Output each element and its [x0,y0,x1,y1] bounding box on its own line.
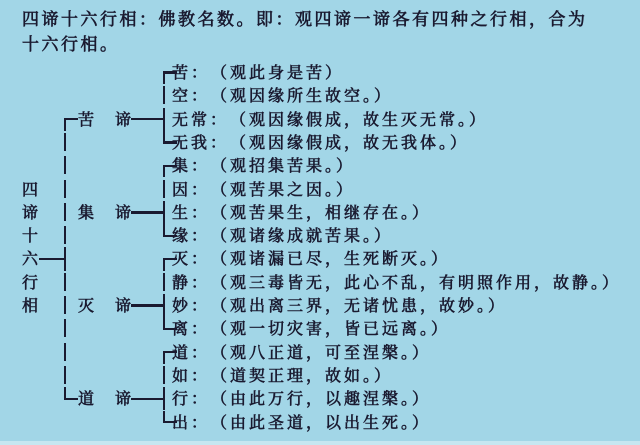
leaf-term: 道 [172,343,191,362]
leaf-tee-line-segment [155,118,165,120]
leaf-note: （观苦果生，相继存在。） [219,203,431,222]
leaf-term: 无常 [172,110,210,129]
tree-row: 谛集谛生：（观苦果生，相继存在。） [0,201,640,224]
leaf-note: （观一切灾害，皆已远离。） [219,319,450,338]
leaf-tee-line [157,108,171,131]
leaf-colon: ： [191,226,210,245]
trunk-vertical-line [58,201,72,224]
trunk-vertical-line [58,294,72,317]
leaf-colon: ： [191,203,210,222]
leaf-colon: ： [191,389,210,408]
trunk-vertical-line-segment [64,296,66,314]
leaf-note: （观苦果之因。） [219,180,355,199]
leaf-corner-top-line [157,61,171,84]
leaf-entry: 无我：（观因缘假成，故无我体。） [172,131,469,154]
tree-row: 道：（观八正道，可至涅槃。） [0,341,640,364]
leaf-term: 妙 [172,296,191,315]
leaf-term: 如 [172,366,191,385]
leaf-tee-line [157,201,171,224]
trunk-vertical-line [58,317,72,340]
branch-leaf-connector-line [131,118,158,120]
leaf-corner-bottom-line [157,411,171,434]
tree-row: 苦：（观此身是苦） [0,61,640,84]
leaf-entry: 灭：（观诸漏已尽，生死断灭。） [172,247,450,270]
trunk-vertical-line [58,224,72,247]
leaf-entry: 因：（观苦果之因。） [172,178,355,201]
tree-row: 六灭：（观诸漏已尽，生死断灭。） [0,247,640,270]
tree-row: 苦谛无常：（观因缘假成，故生灭无常。） [0,108,640,131]
root-label-char: 相 [22,294,42,317]
leaf-term: 静 [172,273,191,292]
leaf-vertical-line-segment [163,180,165,198]
leaf-entry: 集：（观招集苦果。） [172,154,355,177]
leaf-entry: 如：（道契正理，故如。） [172,364,393,387]
leaf-term: 集 [172,156,191,175]
leaf-note: （由此万行，以趣涅槃。） [219,389,431,408]
title-line-1: 四谛十六行相：佛教名数。即：观四谛一谛各有四种之行相，合为 [22,8,622,33]
leaf-note: （道契正理，故如。） [219,366,393,385]
leaf-term: 缘 [172,226,191,245]
leaf-colon: ： [210,110,229,129]
leaf-vertical-line-segment [163,273,165,291]
trunk-vertical-line-segment [64,156,66,174]
leaf-term: 因 [172,180,191,199]
leaf-entry: 道：（观八正道，可至涅槃。） [172,341,431,364]
trunk-tee-line [58,247,72,270]
root-label-char: 谛 [22,201,42,224]
leaf-term: 空 [172,86,191,105]
leaf-entry: 静：（观三毒皆无，此心不乱，有明照作用，故静。） [172,271,621,294]
leaf-vertical-line [157,364,171,387]
trunk-vertical-line [58,271,72,294]
leaf-colon: ： [191,273,210,292]
leaf-term: 无我 [172,133,210,152]
trunk-vertical-line-segment [64,203,66,221]
trunk-corner-bottom-line [58,387,72,410]
leaf-entry: 无常：（观因缘假成，故生灭无常。） [172,108,488,131]
trunk-vertical-line-segment [64,319,66,337]
trunk-vertical-line-segment [64,343,66,361]
leaf-colon: ： [191,63,210,82]
leaf-corner-bottom-line [157,224,171,247]
leaf-note: （观招集苦果。） [219,156,355,175]
branch-leaf-connector-line [131,304,158,306]
leaf-term: 离 [172,319,191,338]
leaf-colon: ： [191,413,210,432]
trunk-vertical-line-segment [64,180,66,198]
leaf-colon: ： [210,133,229,152]
branch-leaf-connector-line [131,211,158,213]
leaf-note: （观出离三界，无诸忧患，故妙。） [219,296,507,315]
page: 四谛十六行相：佛教名数。即：观四谛一谛各有四种之行相，合为 十六行相。 苦：（观… [0,0,640,445]
trunk-vertical-line [58,178,72,201]
trunk-vertical-line [58,154,72,177]
branch-label: 苦 [78,108,97,131]
leaf-term: 行 [172,389,191,408]
leaf-colon: ： [191,180,210,199]
tree-row: 集：（观招集苦果。） [0,154,640,177]
tree-diagram: 苦：（观此身是苦）空：（观因缘所生故空。）苦谛无常：（观因缘假成，故生灭无常。）… [0,61,640,435]
leaf-tee-line-segment [155,398,165,400]
trunk-vertical-line [58,364,72,387]
image-bottom-edge [0,441,640,445]
leaf-entry: 缘：（观诸缘成就苦果。） [172,224,393,247]
leaf-note: （观诸漏已尽，生死断灭。） [219,249,450,268]
trunk-corner-top-line [58,108,72,131]
root-label-char: 行 [22,271,42,294]
leaf-vertical-line [157,84,171,107]
leaf-colon: ： [191,86,210,105]
leaf-vertical-line [157,178,171,201]
leaf-corner-top-line [157,247,171,270]
leaf-note: （观三毒皆无，此心不乱，有明照作用，故静。） [219,273,621,292]
leaf-vertical-line-segment [163,86,165,104]
leaf-corner-top-line [157,341,171,364]
trunk-vertical-line [58,341,72,364]
leaf-colon: ： [191,343,210,362]
leaf-note: （由此圣道，以出生死。） [219,413,431,432]
tree-row: 四因：（观苦果之因。） [0,178,640,201]
leaf-tee-line-segment [155,304,165,306]
branch-label: 集 [78,201,97,224]
leaf-entry: 出：（由此圣道，以出生死。） [172,411,431,434]
root-label-char: 十 [22,224,42,247]
branch-label: 道 [78,387,97,410]
leaf-term: 灭 [172,249,191,268]
title: 四谛十六行相：佛教名数。即：观四谛一谛各有四种之行相，合为 十六行相。 [22,8,622,58]
tree-row: 如：（道契正理，故如。） [0,364,640,387]
leaf-vertical-line-segment [163,366,165,384]
tree-row: 道谛行：（由此万行，以趣涅槃。） [0,387,640,410]
leaf-entry: 空：（观因缘所生故空。） [172,84,393,107]
leaf-tee-line [157,294,171,317]
leaf-term: 苦 [172,63,191,82]
leaf-note: （观此身是苦） [219,63,344,82]
leaf-colon: ： [191,366,210,385]
trunk-corner-top-line-segment [65,118,78,120]
trunk-vertical-line-segment [64,273,66,291]
tree-row: 出：（由此圣道，以出生死。） [0,411,640,434]
leaf-entry: 生：（观苦果生，相继存在。） [172,201,431,224]
leaf-note: （观诸缘成就苦果。） [219,226,393,245]
trunk-vertical-line [58,131,72,154]
leaf-entry: 离：（观一切灾害，皆已远离。） [172,317,450,340]
branch-leaf-connector-line [131,398,158,400]
branch-label: 灭 [78,294,97,317]
leaf-colon: ： [191,156,210,175]
leaf-entry: 妙：（观出离三界，无诸忧患，故妙。） [172,294,507,317]
leaf-term: 生 [172,203,191,222]
tree-row: 无我：（观因缘假成，故无我体。） [0,131,640,154]
leaf-colon: ： [191,296,210,315]
trunk-vertical-line-segment [64,133,66,151]
tree-row: 离：（观一切灾害，皆已远离。） [0,317,640,340]
leaf-vertical-line [157,271,171,294]
leaf-corner-bottom-line [157,317,171,340]
leaf-corner-top-line [157,154,171,177]
trunk-corner-bottom-line-segment [65,398,78,400]
leaf-note: （观因缘假成，故无我体。） [238,133,469,152]
tree-row: 相灭谛妙：（观出离三界，无诸忧患，故妙。） [0,294,640,317]
trunk-tee-line-segment [56,258,66,260]
leaf-tee-line-segment [155,211,165,213]
leaf-entry: 行：（由此万行，以趣涅槃。） [172,387,431,410]
trunk-vertical-line-segment [64,366,66,384]
root-label-char: 四 [22,178,42,201]
leaf-entry: 苦：（观此身是苦） [172,61,344,84]
tree-row: 十缘：（观诸缘成就苦果。） [0,224,640,247]
leaf-corner-bottom-line [157,131,171,154]
leaf-note: （观因缘所生故空。） [219,86,393,105]
leaf-note: （观八正道，可至涅槃。） [219,343,431,362]
trunk-vertical-line-segment [64,226,66,244]
tree-row: 行静：（观三毒皆无，此心不乱，有明照作用，故静。） [0,271,640,294]
leaf-term: 出 [172,413,191,432]
leaf-tee-line [157,387,171,410]
leaf-colon: ： [191,319,210,338]
leaf-colon: ： [191,249,210,268]
tree-row: 空：（观因缘所生故空。） [0,84,640,107]
leaf-note: （观因缘假成，故生灭无常。） [238,110,488,129]
title-line-2: 十六行相。 [22,33,622,58]
